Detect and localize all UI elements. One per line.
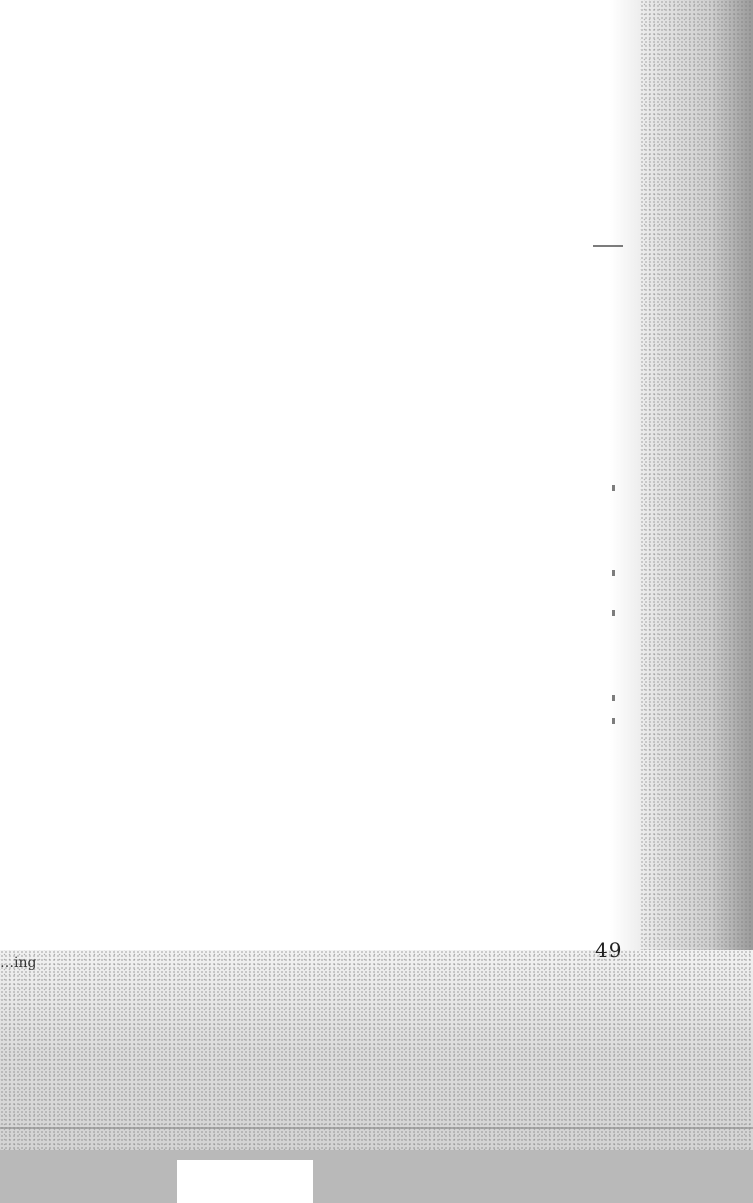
margin-mark — [612, 485, 615, 491]
margin-rule — [593, 245, 623, 247]
white-tab — [177, 1160, 313, 1203]
page-number: 49 — [595, 938, 622, 962]
running-footer: …ing — [0, 955, 36, 971]
margin-mark — [612, 610, 615, 616]
page-fold-line — [0, 1127, 753, 1129]
margin-mark — [612, 718, 615, 724]
margin-mark — [612, 570, 615, 576]
scanned-page: …ing 49 — [0, 0, 753, 1203]
margin-mark — [612, 695, 615, 701]
scanner-bed-strip — [0, 1150, 753, 1203]
blank-text-area — [0, 0, 600, 948]
